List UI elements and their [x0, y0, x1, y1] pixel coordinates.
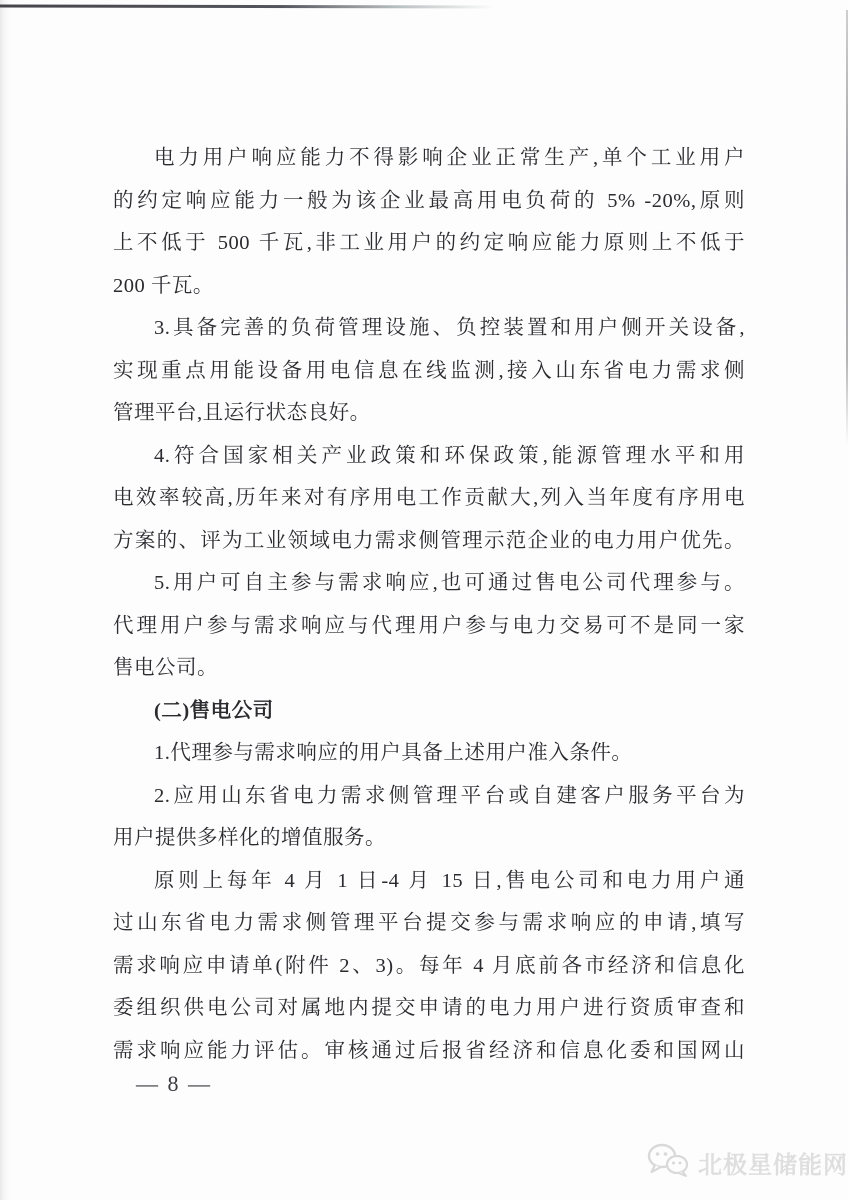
paragraph: 3.具备完善的负荷管理设施、负控装置和用户侧开关设备, 实现重点用能设备用电信息…: [113, 307, 745, 435]
paragraph: 原则上每年 4 月 1 日-4 月 15 日,售电公司和电力用户通 过山东省电力…: [113, 860, 745, 1073]
watermark: 北极星储能网: [646, 1142, 848, 1183]
doc-line: 5.用户可自主参与需求响应,也可通过售电公司代理参与。: [113, 562, 745, 605]
wechat-icon: [646, 1142, 690, 1183]
section-heading: (二)售电公司: [113, 690, 745, 733]
doc-line: 电效率较高,历年来对有序用电工作贡献大,列入当年度有序用电: [113, 477, 745, 520]
doc-line: 代理用户参与需求响应与代理用户参与电力交易可不是同一家: [113, 605, 745, 648]
doc-line: (二)售电公司: [113, 690, 745, 733]
doc-line: 售电公司。: [113, 647, 745, 690]
doc-line: 上不低于 500 千瓦,非工业用户的约定响应能力原则上不低于: [113, 222, 745, 265]
doc-line: 需求响应能力评估。审核通过后报省经济和信息化委和国网山: [113, 1030, 745, 1073]
doc-line: 的约定响应能力一般为该企业最高用电负荷的 5% -20%,原则: [113, 180, 745, 223]
doc-line: 200 千瓦。: [113, 265, 745, 308]
doc-line: 用户提供多样化的增值服务。: [113, 817, 745, 860]
scan-artifact-top-line: [0, 5, 510, 9]
scan-left-edge-shade: [0, 0, 10, 1200]
doc-line: 过山东省电力需求侧管理平台提交参与需求响应的申请,填写: [113, 902, 745, 945]
doc-line: 3.具备完善的负荷管理设施、负控装置和用户侧开关设备,: [113, 307, 745, 350]
paragraph: 4.符合国家相关产业政策和环保政策,能源管理水平和用 电效率较高,历年来对有序用…: [113, 435, 745, 563]
scan-artifact-right-line: [846, 10, 848, 445]
doc-line: 2.应用山东省电力需求侧管理平台或自建客户服务平台为: [113, 775, 745, 818]
doc-line: 委组织供电公司对属地内提交申请的电力用户进行资质审查和: [113, 987, 745, 1030]
page-number: — 8 —: [136, 1072, 212, 1096]
doc-line: 4.符合国家相关产业政策和环保政策,能源管理水平和用: [113, 435, 745, 478]
doc-line: 需求响应申请单(附件 2、3)。每年 4 月底前各市经济和信息化: [113, 945, 745, 988]
watermark-label: 北极星储能网: [698, 1145, 848, 1180]
doc-line: 原则上每年 4 月 1 日-4 月 15 日,售电公司和电力用户通: [113, 860, 745, 903]
doc-line: 管理平台,且运行状态良好。: [113, 392, 745, 435]
paragraph: 1.代理参与需求响应的用户具备上述用户准入条件。: [113, 732, 745, 775]
document-body: 电力用户响应能力不得影响企业正常生产,单个工业用户 的约定响应能力一般为该企业最…: [113, 137, 745, 1072]
doc-line: 方案的、评为工业领域电力需求侧管理示范企业的电力用户优先。: [113, 520, 745, 563]
paragraph: 电力用户响应能力不得影响企业正常生产,单个工业用户 的约定响应能力一般为该企业最…: [113, 137, 745, 307]
scanned-page: 电力用户响应能力不得影响企业正常生产,单个工业用户 的约定响应能力一般为该企业最…: [0, 0, 849, 1200]
doc-line: 电力用户响应能力不得影响企业正常生产,单个工业用户: [113, 137, 745, 180]
paragraph: 2.应用山东省电力需求侧管理平台或自建客户服务平台为 用户提供多样化的增值服务。: [113, 775, 745, 860]
doc-line: 实现重点用能设备用电信息在线监测,接入山东省电力需求侧: [113, 350, 745, 393]
paragraph: 5.用户可自主参与需求响应,也可通过售电公司代理参与。 代理用户参与需求响应与代…: [113, 562, 745, 690]
doc-line: 1.代理参与需求响应的用户具备上述用户准入条件。: [113, 732, 745, 775]
